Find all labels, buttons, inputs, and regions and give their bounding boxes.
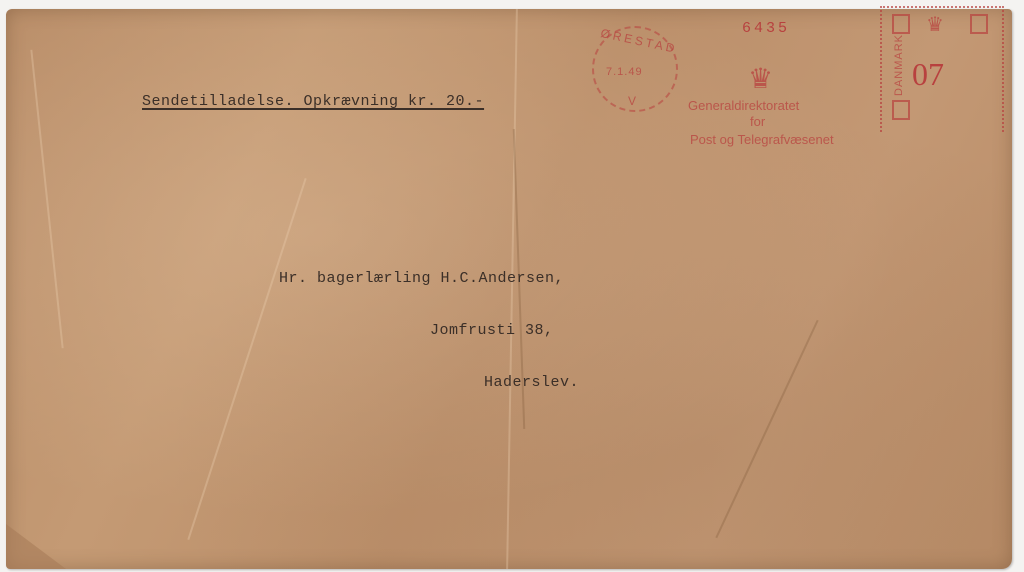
paper-crease (506, 9, 518, 569)
meter-corner-box (970, 14, 988, 34)
postmark-date: 7.1.49 (606, 66, 643, 78)
meter-country: DANMARK (893, 34, 905, 96)
meter-number: 6435 (742, 20, 790, 37)
paper-crease (30, 50, 63, 349)
recipient-street: Jomfrusti 38, (430, 322, 554, 339)
recipient-city: Haderslev. (484, 374, 579, 391)
meter-value: 07 (912, 56, 944, 93)
paper-crease (187, 178, 306, 540)
recipient-name: Hr. bagerlærling H.C.Andersen, (279, 270, 564, 287)
folded-corner (6, 524, 66, 569)
envelope: Sendetilladelse. Opkrævning kr. 20.- Hr.… (6, 9, 1012, 569)
crown-icon: ♛ (748, 62, 773, 95)
meter-corner-box (892, 100, 910, 120)
paper-crease (715, 320, 818, 538)
meter-crown-icon: ♛ (926, 12, 944, 36)
sender-line1: Generaldirektoratet (688, 98, 799, 113)
postmark-letter: V (628, 94, 636, 108)
meter-corner-box (892, 14, 910, 34)
sender-line2: for (750, 114, 765, 129)
header-note: Sendetilladelse. Opkrævning kr. 20.- (142, 93, 484, 110)
sender-line3: Post og Telegrafvæsenet (690, 132, 834, 147)
